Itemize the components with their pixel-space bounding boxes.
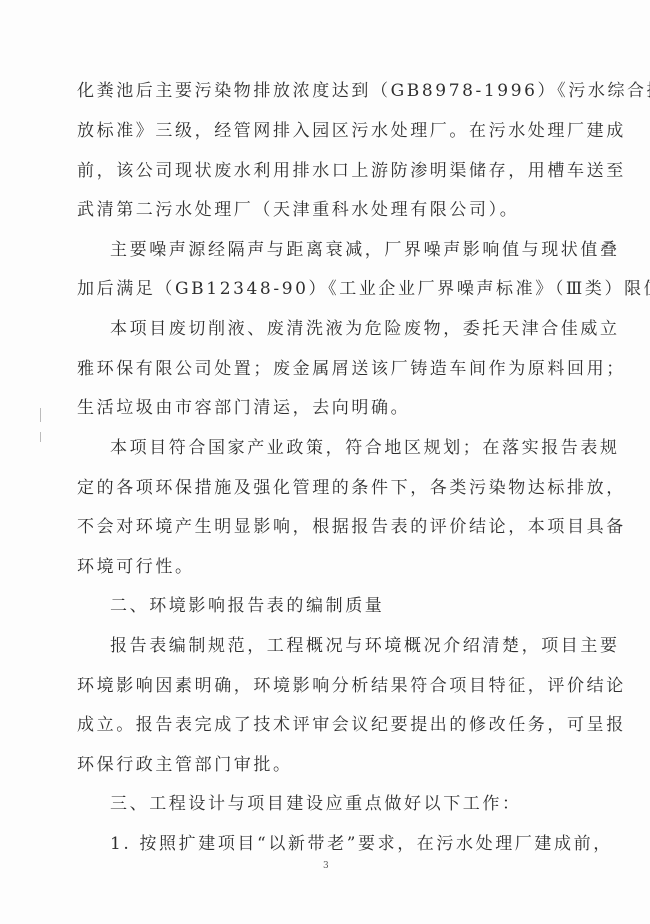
text-line: 放标准》三级，经管网排入园区污水处理厂。在污水处理厂建成 bbox=[77, 121, 626, 141]
text-line: 生活垃圾由市容部门清运，去向明确。 bbox=[77, 398, 410, 418]
text-line: 报告表编制规范，工程概况与环境概况介绍清楚，项目主要 bbox=[110, 636, 620, 656]
text-line: 环境影响因素明确，环境影响分析结果符合项目特征，评价结论 bbox=[77, 676, 626, 696]
document-page: 化粪池后主要污染物排放浓度达到（GB8978-1996）《污水综合排放标准》三级… bbox=[0, 0, 650, 924]
scan-artifact-mark bbox=[40, 408, 41, 422]
text-line: 前，该公司现状废水利用排水口上游防渗明渠储存，用槽车送至 bbox=[77, 161, 626, 181]
text-line: 主要噪声源经隔声与距离衰减，厂界噪声影响值与现状值叠 bbox=[110, 240, 620, 260]
text-line: 环境可行性。 bbox=[77, 557, 195, 577]
text-line: 化粪池后主要污染物排放浓度达到（GB8978-1996）《污水综合排 bbox=[77, 81, 650, 101]
text-line: 加后满足（GB12348-90）《工业企业厂界噪声标准》（Ⅲ类）限值。 bbox=[77, 279, 650, 299]
text-line: 二、环境影响报告表的编制质量 bbox=[110, 596, 384, 616]
scan-artifact-mark bbox=[40, 432, 41, 442]
text-line: 本项目符合国家产业政策，符合地区规划；在落实报告表规 bbox=[110, 438, 620, 458]
text-line: 本项目废切削液、废清洗液为危险废物，委托天津合佳威立 bbox=[110, 319, 620, 339]
text-line: 不会对环境产生明显影响，根据报告表的评价结论，本项目具备 bbox=[77, 517, 626, 537]
text-line: 1. 按照扩建项目“以新带老”要求，在污水处理厂建成前， bbox=[110, 834, 613, 854]
text-line: 环保行政主管部门审批。 bbox=[77, 755, 293, 775]
page-number: 3 bbox=[323, 861, 329, 871]
text-line: 成立。报告表完成了技术评审会议纪要提出的修改任务，可呈报 bbox=[77, 715, 626, 735]
text-line: 定的各项环保措施及强化管理的条件下，各类污染物达标排放， bbox=[77, 478, 626, 498]
text-line: 雅环保有限公司处置；废金属屑送该厂铸造车间作为原料回用； bbox=[77, 359, 626, 379]
text-line: 三、工程设计与项目建设应重点做好以下工作： bbox=[110, 794, 522, 814]
text-line: 武清第二污水处理厂（天津重科水处理有限公司）。 bbox=[77, 200, 519, 220]
